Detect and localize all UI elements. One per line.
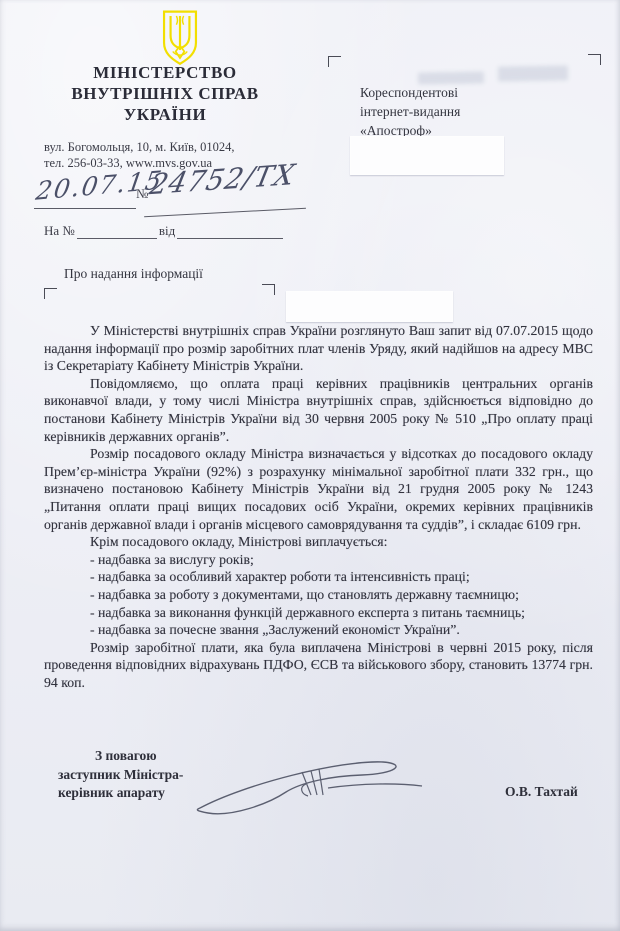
signer-position: заступник Міністра- керівник апарату (58, 766, 183, 802)
letter-body: У Міністерстві внутрішніх справ України … (44, 322, 593, 691)
recipient-block: Кореспондентові інтернет-видання «Апостр… (360, 83, 460, 140)
subject-line: Про надання інформації (64, 266, 203, 282)
handwritten-signature (190, 752, 430, 822)
scanned-letter-page: МІНІСТЕРСТВО ВНУТРІШНІХ СПРАВ УКРАЇНИ ву… (0, 0, 620, 931)
paragraph: У Міністерстві внутрішніх справ України … (44, 322, 593, 375)
subject-corner-mark (262, 284, 275, 295)
list-item: - надбавка за виконання функцій державно… (44, 604, 593, 622)
redaction-box (350, 136, 504, 175)
subject-corner-mark (44, 288, 57, 299)
allowances-list: - надбавка за вислугу років; - надбавка … (44, 551, 593, 639)
ministry-title-line: УКРАЇНИ (40, 104, 290, 125)
paragraph: Розмір посадового окладу Міністра визнач… (44, 445, 593, 533)
recipient-corner-mark (588, 54, 601, 65)
list-item: - надбавка за роботу з документами, що с… (44, 586, 593, 604)
paragraph: Крім посадового окладу, Міністрові випла… (44, 533, 593, 551)
paragraph: Повідомляємо, що оплата праці керівних п… (44, 375, 593, 445)
list-item: - надбавка за особливий характер роботи … (44, 568, 593, 586)
ukraine-tryzub-icon (158, 8, 202, 66)
date-underline (34, 207, 136, 209)
list-item: - надбавка за почесне звання „Заслужений… (44, 621, 593, 639)
address-line: вул. Богомольця, 10, м. Київ, 01024, (44, 139, 234, 155)
ministry-title-line: МІНІСТЕРСТВО (40, 62, 290, 83)
list-item: - надбавка за вислугу років; (44, 551, 593, 569)
signature-closing: З повагою (95, 748, 157, 764)
ministry-title: МІНІСТЕРСТВО ВНУТРІШНІХ СПРАВ УКРАЇНИ (40, 62, 290, 125)
recipient-line: інтернет-видання (360, 102, 460, 121)
number-underline (144, 207, 306, 217)
signer-position-line: керівник апарату (58, 784, 183, 802)
signer-position-line: заступник Міністра- (58, 766, 183, 784)
ministry-title-line: ВНУТРІШНІХ СПРАВ (40, 83, 290, 104)
stamp-bleedthrough (498, 65, 568, 81)
recipient-line: Кореспондентові (360, 83, 460, 102)
signer-name: О.В. Тахтай (505, 784, 578, 800)
reply-date-blank (177, 238, 283, 239)
redaction-box (286, 291, 453, 322)
recipient-corner-mark (328, 56, 341, 67)
reply-from-label: від (159, 223, 175, 239)
reply-reference-line: На № від (44, 223, 283, 239)
reply-number-blank (77, 238, 157, 239)
paragraph: Розмір заробітної плати, яка була виплач… (44, 639, 593, 692)
reply-prefix-label: На № (44, 223, 75, 239)
